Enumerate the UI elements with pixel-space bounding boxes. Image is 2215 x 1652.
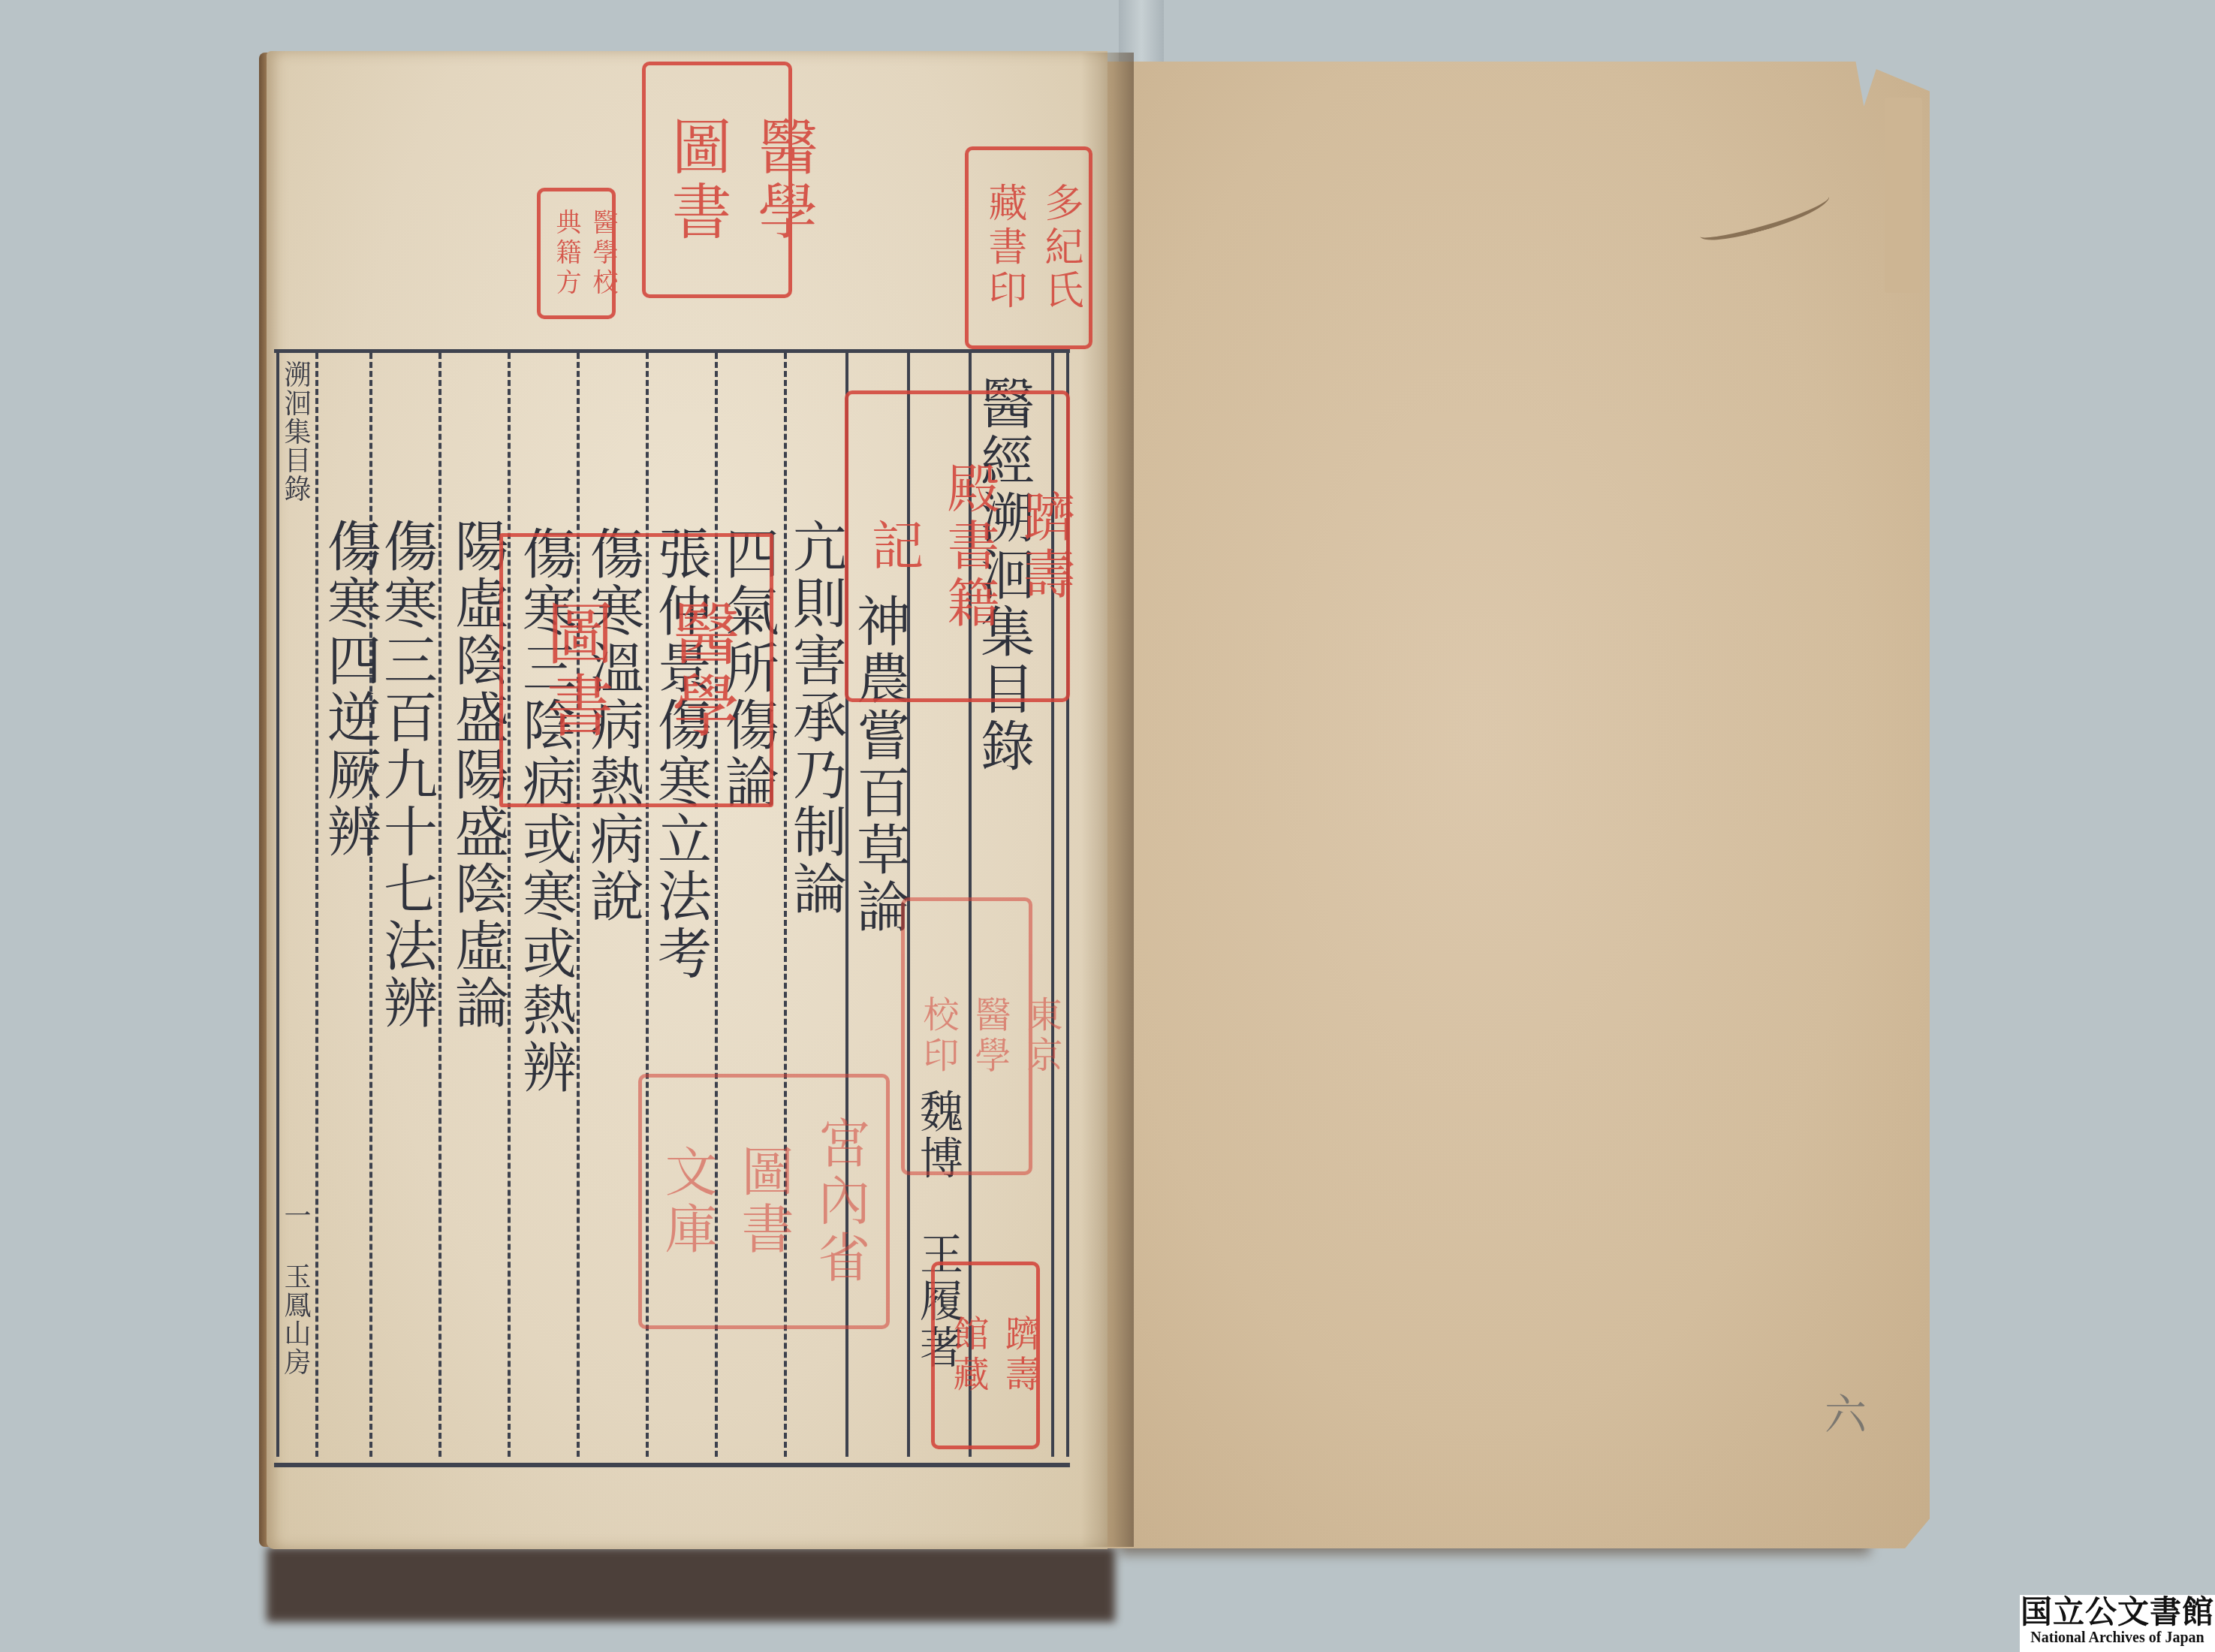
seal-text: 躋壽 — [1008, 490, 1083, 604]
archive-watermark-logo: 国立公文書館 National Archives of Japan — [2020, 1595, 2215, 1652]
seal-text: 館藏 — [942, 1315, 994, 1396]
seal-text: 圖書 — [726, 1144, 802, 1259]
seal-text: 圖書 — [653, 116, 740, 245]
seal-text: 多紀氏 — [1032, 182, 1089, 313]
handwritten-mark: 六 — [1825, 1382, 1867, 1442]
column-line — [438, 353, 441, 1457]
fold-footer: 一 玉鳳山房 — [282, 1201, 309, 1376]
seal-east: 東京 醫學 校印 — [901, 897, 1032, 1175]
archive-name-jp: 国立公文書館 — [2020, 1595, 2215, 1629]
seal-text: 醫學校 — [585, 209, 622, 299]
seal-text: 殿書籍 — [932, 461, 1008, 632]
seal-large-top: 醫學 圖書 — [642, 62, 792, 298]
seal-text: 宮內省 — [803, 1116, 878, 1287]
archive-name-en: National Archives of Japan — [2020, 1629, 2215, 1646]
seal-title-overlap: 躋壽 殿書籍 記 — [845, 390, 1070, 702]
seal-text: 醫學 — [740, 116, 826, 245]
seal-text: 醫學 — [964, 996, 1016, 1077]
seal-center-square: 醫學 圖書 — [499, 533, 773, 807]
toc-entry: 傷寒四逆厥辨 — [323, 518, 377, 861]
right-page-torn-tab — [1885, 98, 1922, 293]
seal-text: 文庫 — [649, 1144, 725, 1259]
seal-text: 校印 — [912, 996, 964, 1077]
column-line — [577, 353, 580, 1457]
seal-text: 躋壽 — [994, 1315, 1046, 1396]
seal-text: 典籍方 — [548, 209, 585, 299]
seal-library-bottom: 宮內省 圖書 文庫 — [638, 1074, 890, 1329]
toc-entry: 陽虛陰盛陽盛陰虛論 — [451, 518, 505, 1032]
fold-title: 溯洄集目錄 — [282, 360, 309, 503]
toc-entry: 亢則害承乃制論 — [788, 518, 842, 918]
right-page-blank — [1107, 62, 1930, 1548]
seal-school-library: 醫學校 典籍方 — [537, 188, 616, 319]
book-shadow — [267, 1547, 1115, 1622]
seal-text: 醫學 — [650, 598, 748, 743]
toc-entry: 傷寒三百九十七法辨 — [379, 518, 433, 1032]
seal-text: 圖書 — [525, 598, 622, 743]
seal-text: 記 — [856, 518, 932, 575]
seal-text: 藏書印 — [976, 182, 1032, 313]
seal-text: 東京 — [1016, 996, 1068, 1077]
frame-line — [276, 353, 279, 1457]
seal-author: 躋壽 館藏 — [931, 1262, 1040, 1449]
seal-taki-collection: 多紀氏 藏書印 — [965, 146, 1092, 349]
